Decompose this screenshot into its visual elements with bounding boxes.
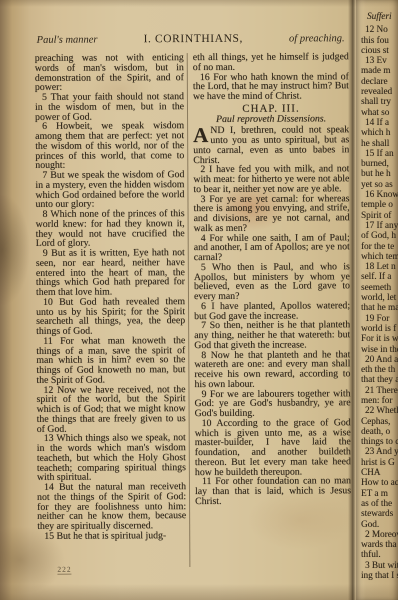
- edge-line: things to co: [361, 436, 398, 446]
- text-columns: preaching was not with enticing words of…: [35, 52, 352, 568]
- verse: 11 For what man knoweth the things of a …: [36, 336, 185, 386]
- verse: 2 I have fed you with milk, and not with…: [193, 164, 349, 194]
- edge-line: 2 Moreove: [361, 529, 398, 539]
- verse: 15 But he that is spiritual judg-: [37, 531, 186, 542]
- edge-page-lines: 12 Nothis foucious st13 Evmade mdeclarer…: [361, 24, 398, 580]
- edge-line: For it is w: [361, 333, 398, 343]
- page-signature: 222: [57, 565, 71, 575]
- left-column: preaching was not with enticing words of…: [35, 53, 187, 568]
- edge-line: self. If a: [361, 271, 398, 281]
- edge-line: which h: [361, 127, 398, 137]
- edge-line: 13 Ev: [361, 55, 398, 65]
- edge-line: 16 Know: [361, 189, 398, 199]
- edge-line: he shall: [361, 138, 398, 148]
- edge-line: that they a: [361, 374, 398, 384]
- header-right-note: of preaching.: [289, 33, 345, 45]
- edge-line: 15 If an: [361, 148, 398, 158]
- edge-line: declare: [361, 76, 398, 86]
- edge-line: of God, h: [361, 230, 398, 240]
- verse: 7 So then, neither is he that planteth a…: [194, 320, 350, 350]
- edge-line: seemeth: [361, 282, 398, 292]
- page-content: Paul's manner I. CORINTHIANS, of preachi…: [0, 0, 398, 600]
- right-column-verses: AND I, brethren, could not speak unto yo…: [193, 125, 351, 506]
- edge-line: stewards: [361, 508, 398, 518]
- edge-line: ET a m: [361, 488, 398, 498]
- edge-line: cious st: [361, 45, 398, 55]
- header-left-note: Paul's manner: [37, 35, 98, 47]
- book-title: I. CORINTHIANS,: [144, 33, 243, 46]
- scanned-bible-page: Paul's manner I. CORINTHIANS, of preachi…: [0, 0, 398, 600]
- edge-line: hrist is G: [361, 457, 398, 467]
- right-column-top: eth all things, yet he himself is judged…: [193, 52, 349, 102]
- edge-line: ing that I s: [361, 570, 398, 580]
- edge-line: temple o: [361, 199, 398, 209]
- edge-line: thful.: [361, 549, 398, 559]
- verse: 16 For who hath known the mind of the Lo…: [193, 72, 349, 102]
- verse: 7 But we speak the wisdom of God in a my…: [35, 170, 184, 210]
- edge-line: 21 Theref: [361, 385, 398, 395]
- edge-line: world is f: [361, 323, 398, 333]
- verse: 3 For ye are yet carnal: for whereas the…: [193, 194, 349, 234]
- edge-line: 23 And ye: [361, 446, 398, 456]
- edge-line: but he h: [361, 168, 398, 178]
- verse: 10 But God hath revealed them unto us by…: [36, 297, 185, 337]
- edge-line: yet so as: [361, 179, 398, 189]
- edge-line: How to acc: [361, 477, 398, 487]
- edge-line: 20 And ag: [361, 354, 398, 364]
- edge-line: Spirit of: [361, 210, 398, 220]
- adjacent-page-header: Sufferi: [367, 11, 398, 21]
- edge-line: God.: [361, 519, 398, 529]
- page-edge-crease: [348, 0, 356, 600]
- edge-line: 3 But with: [361, 560, 398, 570]
- edge-line: world, let: [361, 292, 398, 302]
- edge-line: 14 If a: [361, 117, 398, 127]
- edge-line: 17 If any: [361, 220, 398, 230]
- edge-line: 19 For: [361, 313, 398, 323]
- edge-line: what so: [361, 107, 398, 117]
- verse: 9 But as it is written, Eye hath not see…: [36, 248, 185, 298]
- edge-line: shall try: [361, 96, 398, 106]
- verse: 8 Now he that planteth and he that water…: [194, 350, 350, 390]
- edge-line: revealed: [361, 86, 398, 96]
- right-column: eth all things, yet he himself is judged…: [187, 52, 352, 567]
- edge-line: CHA: [361, 467, 398, 477]
- verse: 10 According to the grace of God which i…: [195, 418, 351, 477]
- verse: preaching was not with enticing words of…: [35, 53, 184, 93]
- verse: 12 Now we have received, not the spirit …: [36, 385, 185, 435]
- edge-line: wise in the: [361, 344, 398, 354]
- edge-line: burned,: [361, 158, 398, 168]
- edge-line: 12 No: [361, 24, 398, 34]
- edge-line: for the te: [361, 241, 398, 251]
- running-header: Paul's manner I. CORINTHIANS, of preachi…: [37, 32, 345, 47]
- edge-line: this fou: [361, 35, 398, 45]
- edge-line: wards tha: [361, 539, 398, 549]
- edge-line: eth the th: [361, 364, 398, 374]
- verse: 13 Which things also we speak, not in th…: [37, 433, 186, 483]
- edge-line: made m: [361, 65, 398, 75]
- adjacent-page-edge: Sufferi 12 Nothis foucious st13 Evmade m…: [356, 0, 398, 600]
- verse: eth all things, yet he himself is judged…: [193, 52, 349, 72]
- verse: 9 For we are labourers together with God…: [194, 389, 350, 419]
- verse: 6 I have planted, Apollos watered; but G…: [194, 301, 350, 321]
- verse: 11 For other foundation can no man lay t…: [195, 476, 351, 506]
- edge-line: that he ma: [361, 302, 398, 312]
- edge-line: as of the: [361, 498, 398, 508]
- verse: 5 That your faith should not stand in th…: [35, 92, 184, 122]
- verse: 4 For while one saith, I am of Paul; and…: [194, 233, 350, 263]
- verse: 6 Howbeit, we speak wisdom among them th…: [35, 121, 184, 171]
- verse: 8 Which none of the princes of this worl…: [36, 209, 185, 249]
- verse: 14 But the natural man receiveth not the…: [37, 482, 186, 532]
- edge-line: men: for: [361, 395, 398, 405]
- verse: 5 Who then is Paul, and who is Apollos, …: [194, 262, 350, 302]
- edge-line: 18 Let n: [361, 261, 398, 271]
- edge-line: which tem: [361, 251, 398, 261]
- edge-line: Cephas,: [361, 416, 398, 426]
- edge-line: 22 Wheth: [361, 405, 398, 415]
- edge-line: death, o: [361, 426, 398, 436]
- verse: AND I, brethren, could not speak unto yo…: [193, 125, 349, 165]
